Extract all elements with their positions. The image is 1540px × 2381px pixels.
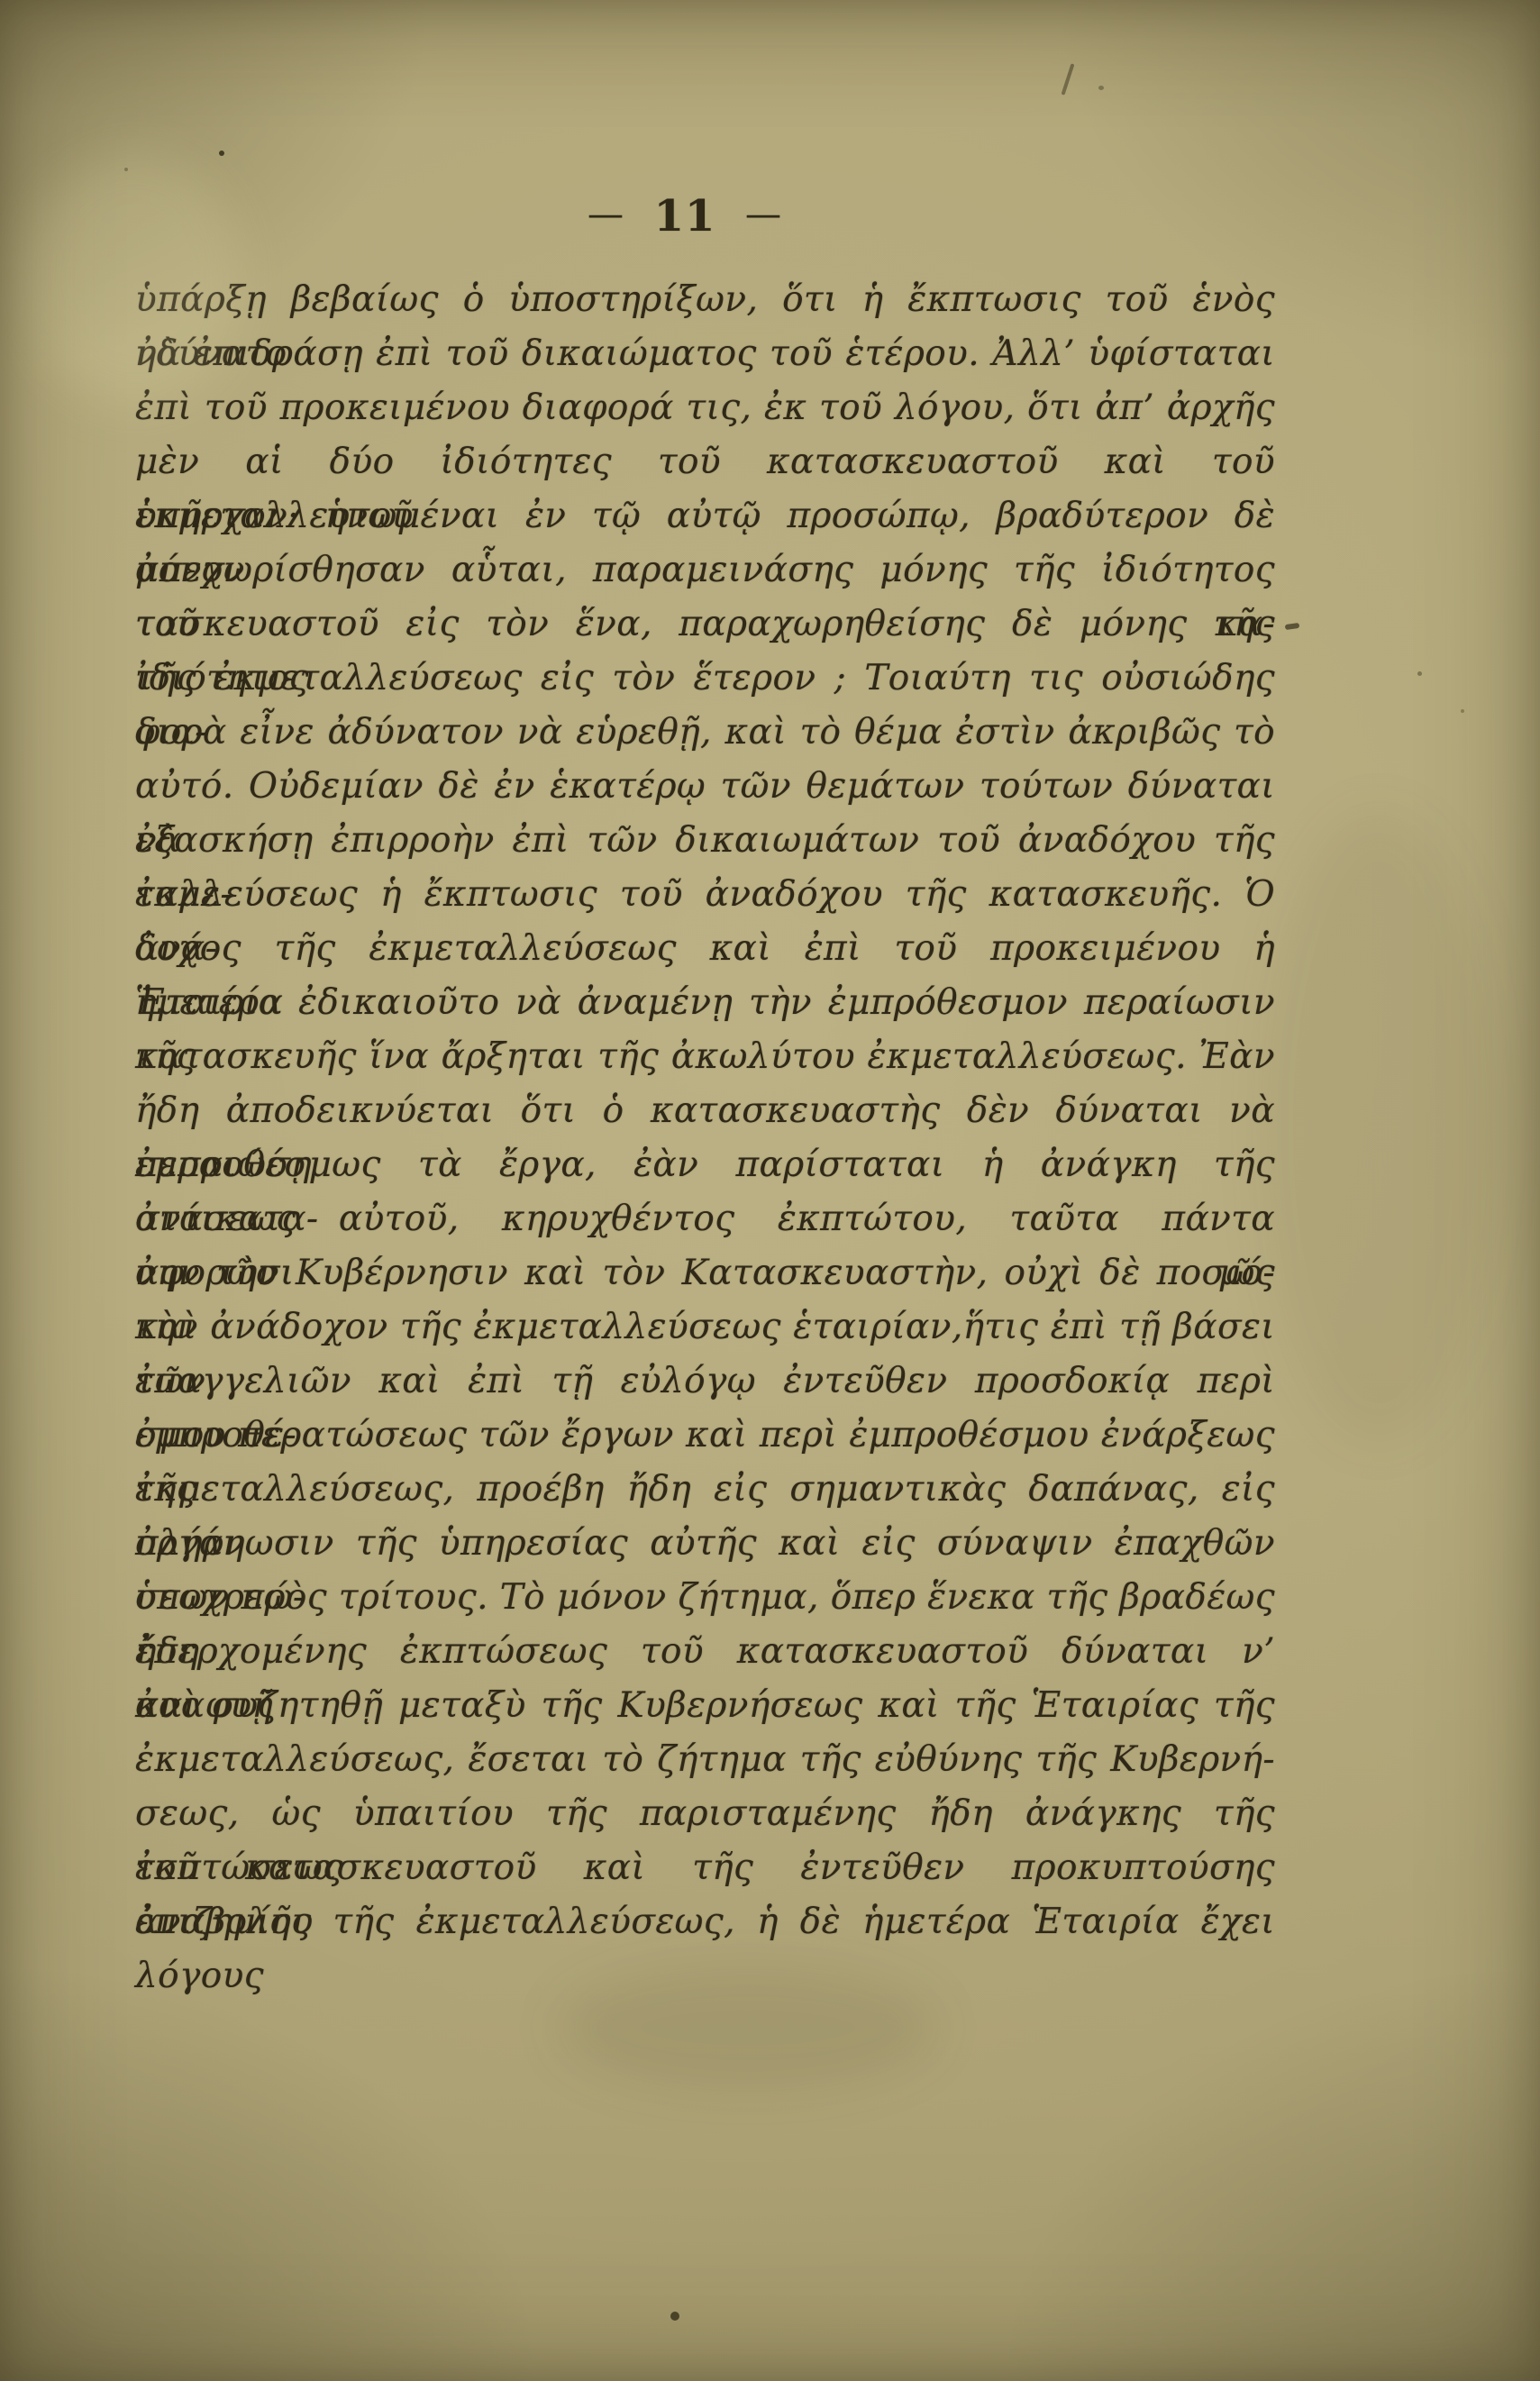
text-line: ἀπεχωρίσθησαν αὗται, παραμεινάσης μόνης …: [135, 543, 1275, 598]
text-line: ἀναβολῆς τῆς ἐκμεταλλεύσεως, ἡ δὲ ἡμετέρ…: [135, 1895, 1275, 1949]
ink-speck: [670, 2312, 679, 2321]
ink-speck: [1461, 709, 1464, 713]
text-line: ὑπῆρχον· ἡνωμέναι ἐν τῷ αὐτῷ προσώπῳ, βρ…: [135, 489, 1275, 543]
ink-speck: [1417, 671, 1422, 676]
text-line: μὲν αἱ δύο ἰδιότητες τοῦ κατασκευαστοῦ κ…: [135, 435, 1275, 489]
text-line: ὑπάρξῃ βεβαίως ὁ ὑποστηρίξων, ὅτι ἡ ἔκπτ…: [135, 273, 1275, 327]
margin-dash-mark: [1285, 623, 1300, 630]
text-line: καὶ συζητηθῇ μεταξὺ τῆς Κυβερνήσεως καὶ …: [135, 1679, 1275, 1733]
page-header: — 11 —: [588, 191, 782, 242]
text-line: τῆς ἐκμεταλλεύσεως εἰς τὸν ἕτερον ; Τοια…: [135, 652, 1275, 706]
text-line: ταλλεύσεως ἡ ἔκπτωσις τοῦ ἀναδόχου τῆς κ…: [135, 868, 1275, 922]
text-line: τοῦ κατασκευαστοῦ καὶ τῆς ἐντεῦθεν προκυ…: [135, 1841, 1275, 1895]
text-line: Ἑταιρία ἐδικαιοῦτο νὰ ἀναμένῃ τὴν ἐμπρόθ…: [135, 976, 1275, 1030]
text-line: τασκευαστοῦ εἰς τὸν ἕνα, παραχωρηθείσης …: [135, 598, 1275, 652]
ink-speck: [219, 151, 224, 156]
text-line: κατασκευῆς ἵνα ἄρξηται τῆς ἀκωλύτου ἐκμε…: [135, 1030, 1275, 1084]
ink-speck: [124, 168, 128, 171]
text-line: σεως, ὡς ὑπαιτίου τῆς παρισταμένης ἤδη ἀ…: [135, 1787, 1275, 1841]
text-line: στάσεως αὐτοῦ, κηρυχθέντος ἐκπτώτου, ταῦ…: [135, 1192, 1275, 1246]
text-line: ἐμπροθέσμως τὰ ἔργα, ἐὰν παρίσταται ἡ ἀν…: [135, 1138, 1275, 1192]
paper-blotch: [1262, 811, 1496, 1442]
text-line: ὀργάνωσιν τῆς ὑπηρεσίας αὐτῆς καὶ εἰς σύ…: [135, 1517, 1275, 1571]
text-line: δοχος τῆς ἐκμεταλλεύσεως καὶ ἐπὶ τοῦ προ…: [135, 922, 1275, 976]
pen-slash-mark: [1062, 63, 1075, 95]
text-line: νην τὴν Κυβέρνησιν καὶ τὸν Κατασκευαστὴν…: [135, 1246, 1275, 1300]
header-rule-right: —: [745, 194, 782, 235]
text-line: ἐκμεταλλεύσεως, ἔσεται τὸ ζήτημα τῆς εὐθ…: [135, 1733, 1275, 1787]
text-line: σεων πρὸς τρίτους. Τὸ μόνον ζήτημα, ὅπερ…: [135, 1571, 1275, 1625]
body-text: ὑπάρξῃ βεβαίως ὁ ὑποστηρίξων, ὅτι ἡ ἔκπτ…: [135, 273, 1275, 1949]
text-line: ἐξασκήσῃ ἐπιρροὴν ἐπὶ τῶν δικαιωμάτων το…: [135, 814, 1275, 868]
ink-speck: [1098, 86, 1104, 90]
text-line: νὰ ἐπιδράσῃ ἐπὶ τοῦ δικαιώματος τοῦ ἑτέρ…: [135, 327, 1275, 381]
text-line: ἐπὶ τοῦ προκειμένου διαφορά τις, ἐκ τοῦ …: [135, 381, 1275, 435]
text-line: ἐκμεταλλεύσεως, προέβη ἤδη εἰς σημαντικὰ…: [135, 1463, 1275, 1517]
text-line: σμου περατώσεως τῶν ἔργων καὶ περὶ ἐμπρο…: [135, 1409, 1275, 1463]
text-line: ἐπερχομένης ἐκπτώσεως τοῦ κατασκευαστοῦ …: [135, 1625, 1275, 1679]
text-line: τὴν ἀνάδοχον τῆς ἐκμεταλλεύσεως ἑταιρίαν…: [135, 1300, 1275, 1355]
paper-blotch: [559, 1965, 937, 2091]
document-page: — 11 — ὑπάρξῃ βεβαίως ὁ ὑποστηρίξων, ὅτι…: [0, 0, 1540, 2381]
text-line: αὐτό. Οὐδεμίαν δὲ ἐν ἑκατέρῳ τῶν θεμάτων…: [135, 760, 1275, 814]
text-line: ἐπαγγελιῶν καὶ ἐπὶ τῇ εὐλόγῳ ἐντεῦθεν πρ…: [135, 1355, 1275, 1409]
text-line: φορὰ εἶνε ἀδύνατον νὰ εὑρεθῇ, καὶ τὸ θέμ…: [135, 706, 1275, 760]
header-rule-left: —: [588, 194, 624, 235]
text-line: ἤδη ἀποδεικνύεται ὅτι ὁ κατασκευαστὴς δὲ…: [135, 1084, 1275, 1138]
page-number: 11: [654, 191, 716, 242]
